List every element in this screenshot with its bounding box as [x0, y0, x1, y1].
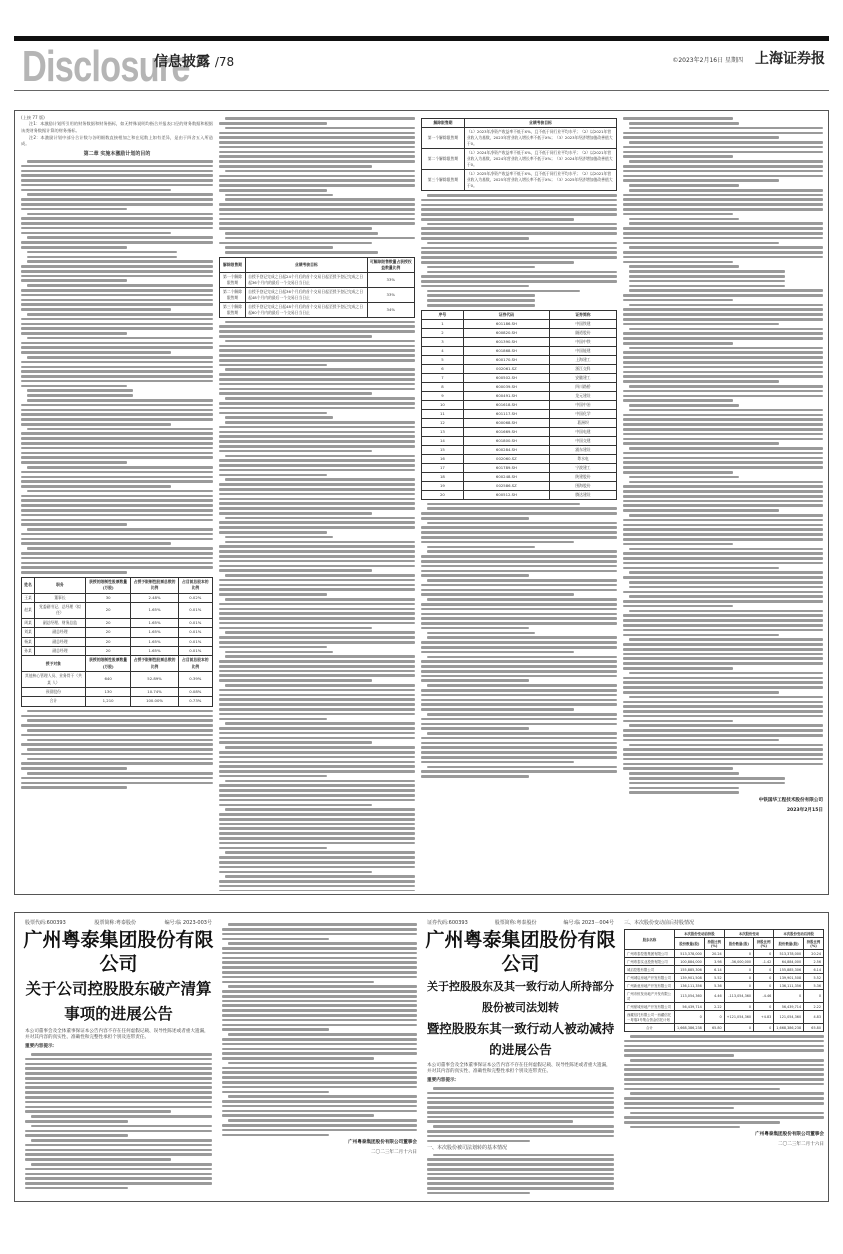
cell: 安徽建工 [549, 373, 616, 382]
cell: 0 [724, 1003, 753, 1011]
signature-date: 二〇二三年二月十六日 [222, 1149, 417, 1156]
section-heading: 一、本次股份被司法划转的基本情况 [423, 1144, 618, 1151]
announcement-meta: 股票代码:600393 股票简称:粤泰股份 编号:临 2023-003号 [25, 919, 212, 926]
table-row: 11601117.SH中国化学 [422, 409, 617, 418]
table-row: 12600068.SH葛洲坝 [422, 418, 617, 427]
table-header: 股份数量(股) [774, 938, 804, 950]
cell: 601789.SH [463, 463, 549, 472]
table-header: 解除限售期 [422, 119, 465, 128]
cell: 4.83 [804, 1011, 824, 1024]
cell: 王某 [22, 593, 35, 602]
table-group-header: 本次股份变动后持股 [774, 930, 824, 938]
table-header: 持股比例(%) [704, 938, 724, 950]
table-row: 广州粤泰控股集团有限公司513,378,00020.2400513,378,00… [625, 950, 824, 958]
cell: 广州豪城房地产开发有限公司 [625, 1003, 675, 1011]
cell: -1.42 [754, 958, 774, 966]
announcement-meta: 证券代码:600393 股票简称:粤泰股份 编号:临 2023－004号 [427, 919, 614, 926]
cell: 赵某 [22, 602, 35, 618]
body-text-block [421, 194, 617, 307]
cell: 20 [85, 628, 131, 637]
cell: 5 [422, 355, 464, 364]
table-header: 占授予限制性股票总数的比例 [131, 577, 178, 593]
body-text-block [421, 503, 617, 778]
cell: 第三个解除限售期 [220, 302, 246, 317]
table-header: 股份数量(股) [724, 938, 753, 950]
cell: 3 [422, 337, 464, 346]
cell: 100,884,000 [675, 958, 705, 966]
table-row: 第二个解除限售期（1）2024年净资产收益率不低于X%，且不低于同行业平均水平；… [422, 149, 617, 170]
cell: 56,439,714 [675, 1003, 705, 1011]
table-row: 广州豪城房地产开发有限公司56,439,7142.220056,439,7142… [625, 1003, 824, 1011]
cell: 5.36 [704, 982, 724, 990]
stock-abbr: 股票简称:粤泰股份 [94, 919, 136, 926]
cell: 601800.SH [463, 436, 549, 445]
cell: 中国中冶 [549, 400, 616, 409]
table-row: 17601789.SH宁波建工 [422, 463, 617, 472]
cell: 139,901,508 [774, 974, 804, 982]
cell: 0 [754, 966, 774, 974]
cell: 513,378,000 [774, 950, 804, 958]
cell: 广州粤泰实业投资有限公司 [625, 958, 675, 966]
cell: 18 [422, 472, 464, 481]
cell: 600248.SH [463, 472, 549, 481]
table-header: 占目前总股本的比例 [178, 577, 212, 593]
cell: 腾达建设 [549, 490, 616, 499]
cell: 0 [724, 974, 753, 982]
cell: 第一个解除限售期 [220, 272, 246, 287]
cell: 孙某 [22, 646, 35, 655]
cell: 0.01% [178, 602, 212, 618]
cell: 30 [85, 593, 131, 602]
shareholding-change-table: 股东名称 本次股份变动前持股 本次股份变动 本次股份变动后持股 股份数量(股) … [624, 929, 824, 1032]
cell: 5.36 [804, 982, 824, 990]
table-row: 第二个解除限售期自授予登记完成之日起36个月后的首个交易日起至授予登记完成之日起… [220, 287, 415, 302]
important-label: 重要内容提示： [427, 1078, 614, 1084]
cell: 4 [422, 346, 464, 355]
cell: 2.56 [804, 958, 824, 966]
cell: 600820.SH [463, 328, 549, 337]
cell: 17 [422, 463, 464, 472]
cell: 15 [422, 445, 464, 454]
cell: -113,054,360 [724, 990, 753, 1003]
cell: （1）2024年净资产收益率不低于X%，且不低于同行业平均水平；（2）以2021… [464, 149, 616, 170]
cell: 002061.SZ [463, 364, 549, 373]
cell: 0.01% [178, 628, 212, 637]
cell: -36,000,000 [724, 958, 753, 966]
cell: 其他核心管理人员、业务骨干（共 某 人） [22, 672, 86, 688]
table-row: 14601800.SH中国交建 [422, 436, 617, 445]
cell: 100.00% [131, 697, 178, 706]
cell: 中国交建 [549, 436, 616, 445]
cell: 601618.SH [463, 400, 549, 409]
cell: 1,668,386,238 [675, 1024, 705, 1032]
table-header: 姓名 [22, 577, 35, 593]
announcement-right-col-a: 证券代码:600393 股票简称:粤泰股份 编号:临 2023－004号 广州粤… [423, 913, 618, 1201]
cell: 第一个解除限售期 [422, 128, 465, 149]
stock-code: 股票代码:600393 [25, 919, 66, 926]
cell: 20 [85, 637, 131, 646]
body-text-block [219, 117, 415, 253]
cell: 广州市恒发房地产开发有限公司 [625, 990, 675, 1003]
company-name: 广州粤泰集团股份有限公司 [21, 928, 216, 976]
table-row: 王某董事长302.48%0.02% [22, 593, 213, 602]
peer-companies-table: 序号 证券代码 证券简称 1601186.SH中国铁建 2600820.SH隧道… [421, 310, 617, 500]
cell: 周某 [22, 618, 35, 627]
cell: 0 [675, 1011, 705, 1024]
table-row: 合计1,210100.00%0.73% [22, 697, 213, 706]
board-statement: 本公司董事会及全体董事保证本公告内容不存在任何虚假记载、误导性陈述或者重大遗漏，… [25, 1029, 212, 1041]
cell: 0 [754, 1024, 774, 1032]
cell: 0.01% [178, 618, 212, 627]
cell: 601117.SH [463, 409, 549, 418]
table-row: 1601186.SH中国铁建 [422, 319, 617, 328]
cell: 0 [754, 974, 774, 982]
chapter-heading: 第二章 实施本激励计划的目的 [21, 151, 213, 157]
cell: 0.39% [178, 672, 212, 688]
cell: 中国电建 [549, 427, 616, 436]
cell: 中国铁建 [549, 319, 616, 328]
cell: 2.22 [804, 1003, 824, 1011]
bottom-announcements: 股票代码:600393 股票简称:粤泰股份 编号:临 2023-003号 广州粤… [14, 912, 829, 1202]
table-row: 7600502.SH安徽建工 [422, 373, 617, 382]
cell: 0.01% [178, 646, 212, 655]
cell: 3.98 [704, 958, 724, 966]
cell: 0 [724, 950, 753, 958]
cell: 10 [422, 400, 464, 409]
cell: 副总经理 [35, 628, 86, 637]
body-text-block [423, 1087, 618, 1142]
cell: 34% [367, 302, 414, 317]
cell: 中国中铁 [549, 337, 616, 346]
cell: 2.48% [131, 593, 178, 602]
cell: 52.89% [131, 672, 178, 688]
grant-allocation-table: 姓名 职务 获授的限制性股票数量(万股) 占授予限制性股票总数的比例 占目前总股… [21, 577, 213, 707]
table-row: 9600491.SH龙元建设 [422, 391, 617, 400]
cell: 0.73% [178, 697, 212, 706]
cell: 上海建工 [549, 355, 616, 364]
table-header: 获授的限制性股票数量(万股) [85, 656, 131, 672]
signature-company: 中铁国华工程技术股份有限公司 [623, 797, 823, 804]
cell: 广州粤泰控股集团有限公司 [625, 950, 675, 958]
cell: 0.01% [178, 637, 212, 646]
table-row: 杨某副总经理201.65%0.01% [22, 637, 213, 646]
cell: 4.46 [704, 990, 724, 1003]
cell: 董事长 [35, 593, 86, 602]
table-header: 业绩考核目标 [246, 257, 368, 272]
cell: 16 [422, 454, 464, 463]
table-row: 2600820.SH隧道股份 [422, 328, 617, 337]
cell: +121,054,360 [724, 1011, 753, 1024]
table-row: 第一个解除限售期自授予登记完成之日起24个月后的首个交易日起至授予登记完成之日起… [220, 272, 415, 287]
table-header: 授予对象 [22, 656, 86, 672]
cell: 1,210 [85, 697, 131, 706]
top-column-3: 解除限售期 业绩考核目标 第一个解除限售期（1）2023年净资产收益率不低于X%… [421, 111, 617, 891]
cell: 龙元建设 [549, 391, 616, 400]
announcement-right-col-b: 三、本次股份变动前后持股情况 股东名称 本次股份变动前持股 本次股份变动 本次股… [624, 913, 824, 1201]
page-number: /78 [215, 55, 234, 69]
table-row: 广州市恒发房地产开发有限公司113,054,3604.46-113,054,36… [625, 990, 824, 1003]
cell: 600170.SH [463, 355, 549, 364]
cell: 20 [85, 618, 131, 627]
cell: 1.65% [131, 628, 178, 637]
cell: 1 [422, 319, 464, 328]
cell: 1,668,386,238 [774, 1024, 804, 1032]
cell: 6.14 [704, 966, 724, 974]
cell: 杨某 [22, 637, 35, 646]
cell: 中国化学 [549, 409, 616, 418]
table-row: 10601618.SH中国中冶 [422, 400, 617, 409]
cell: 601186.SH [463, 319, 549, 328]
cell: 自授予登记完成之日起48个月后的首个交易日起至授予登记完成之日起60个月内的最后… [246, 302, 368, 317]
body-text-block [21, 710, 213, 789]
cell: 第二个解除限售期 [220, 287, 246, 302]
table-caption: 三、本次股份变动前后持股情况 [624, 919, 824, 926]
board-statement: 本公司董事会及全体董事保证本公告内容不存在任何虚假记载、误导性陈述或者重大遗漏，… [427, 1063, 614, 1075]
cell: 139,901,508 [675, 974, 705, 982]
cell: 8 [422, 382, 464, 391]
table-header: 解除限售期 [220, 257, 246, 272]
cell: 65.80 [804, 1024, 824, 1032]
notice-number: 编号:临 2023-003号 [165, 919, 212, 926]
signature-date: 二〇二三年二月十六日 [624, 1141, 824, 1148]
cell: 20 [85, 646, 131, 655]
table-row: 6002061.SZ浙江交科 [422, 364, 617, 373]
cell: 136,111,356 [774, 982, 804, 990]
table-row: 孙某副总经理201.65%0.01% [22, 646, 213, 655]
cell: 5.52 [804, 974, 824, 982]
cell: 刘某 [22, 628, 35, 637]
cell: 6.14 [804, 966, 824, 974]
top-column-4: 中铁国华工程技术股份有限公司 2023年2月15日 [623, 111, 823, 891]
table-row: 8600039.SH四川路桥 [422, 382, 617, 391]
cell: 11 [422, 409, 464, 418]
cell: 33% [367, 272, 414, 287]
table-header: 证券代码 [463, 310, 549, 319]
cell: 20.24 [704, 950, 724, 958]
signature-board: 广州粤泰集团股份有限公司董事会 [624, 1131, 824, 1138]
cell: 中国能建 [549, 346, 616, 355]
table-row: 第三个解除限售期（1）2025年净资产收益率不低于X%，且不低于同行业平均水平；… [422, 170, 617, 191]
cell: 513,378,000 [675, 950, 705, 958]
table-row: 4601868.SH中国能建 [422, 346, 617, 355]
cell: 20.24 [804, 950, 824, 958]
top-announcement: (上接 77 版) 注1：本激励计划所引用的财务数据和财务指标，如无特殊说明均指… [14, 110, 829, 895]
cell: 党委副书记、总经理（拟任） [35, 602, 86, 618]
cell: 14 [422, 436, 464, 445]
cell: 预留股份 [22, 688, 86, 697]
table-row: 15600284.SH浦东建设 [422, 445, 617, 454]
table-row: 赵某党委副书记、总经理（拟任）201.65%0.01% [22, 602, 213, 618]
cell: 2 [422, 328, 464, 337]
cell: 640 [85, 672, 131, 688]
cell: 副总经理 [35, 646, 86, 655]
cell: 64,884,000 [774, 958, 804, 966]
table-row: 19002586.SZ围海股份 [422, 481, 617, 490]
important-label: 重要内容提示： [25, 1044, 212, 1050]
cell: 601390.SH [463, 337, 549, 346]
cell: （1）2025年净资产收益率不低于X%，且不低于同行业平均水平；（2）以2021… [464, 170, 616, 191]
cell: -4.46 [754, 990, 774, 1003]
body-text-block [623, 117, 823, 794]
cell: 葛洲坝 [549, 418, 616, 427]
cell: 002586.SZ [463, 481, 549, 490]
cell: 0.02% [178, 593, 212, 602]
masthead-rule [14, 90, 829, 91]
cell: 20 [422, 490, 464, 499]
table-row: 3601390.SH中国中铁 [422, 337, 617, 346]
company-name: 广州粤泰集团股份有限公司 [423, 928, 618, 976]
cell: 围海股份 [549, 481, 616, 490]
announcement-left-col-a: 股票代码:600393 股票简称:粤泰股份 编号:临 2023-003号 广州粤… [21, 913, 216, 1201]
table-row: 西藏信托有限公司－西藏信托－粤瑞3号集合资金信托计划00+121,054,360… [625, 1011, 824, 1024]
top-column-1: (上接 77 版) 注1：本激励计划所引用的财务数据和财务指标，如无特殊说明均指… [21, 111, 213, 891]
table-header: 股份数量(股) [675, 938, 705, 950]
table-header: 序号 [422, 310, 464, 319]
note-1: 注1：本激励计划所引用的财务数据和财务指标，如无特殊说明均指合并报表口径的财务数… [21, 121, 213, 134]
cell: 601868.SH [463, 346, 549, 355]
cell: 113,054,360 [675, 990, 705, 1003]
cell: 9 [422, 391, 464, 400]
table-header: 占目前总股本的比例 [178, 656, 212, 672]
cell: 1.65% [131, 637, 178, 646]
cell: 20 [85, 602, 131, 618]
cell: 1.65% [131, 618, 178, 627]
newspaper-logo: 上海证券报 [755, 48, 825, 68]
cell: 0.08% [178, 688, 212, 697]
cell: 601669.SH [463, 427, 549, 436]
cell: 7 [422, 373, 464, 382]
cell: 1.65% [131, 602, 178, 618]
table-row: 13601669.SH中国电建 [422, 427, 617, 436]
table-row: 第一个解除限售期（1）2023年净资产收益率不低于X%，且不低于同行业平均水平；… [422, 128, 617, 149]
table-row: 广州新意房地产开发有限公司136,111,3565.3600136,111,35… [625, 982, 824, 990]
cell: 121,054,360 [774, 1011, 804, 1024]
body-text-block [21, 1053, 216, 1189]
cell: 600284.SH [463, 445, 549, 454]
cell: 600068.SH [463, 418, 549, 427]
top-column-2: 解除限售期 业绩考核目标 可解除限售数量占获授权益数量比例 第一个解除限售期自授… [219, 111, 415, 891]
table-row: 广州粤泰实业投资有限公司100,884,0003.98-36,000,000-1… [625, 958, 824, 966]
cell: 0 [724, 1024, 753, 1032]
cell: 0 [754, 982, 774, 990]
announcement-title-line1: 关于控股股东及其一致行动人所持部分股份被司法划转 [423, 976, 618, 1018]
table-header: 占授予限制性股票总数的比例 [131, 656, 178, 672]
stock-abbr: 股票简称:粤泰股份 [495, 919, 537, 926]
notice-number: 编号:临 2023－004号 [563, 919, 614, 926]
cell: 12 [422, 418, 464, 427]
table-row: 合计1,668,386,23865.80001,668,386,23865.80 [625, 1024, 824, 1032]
cell: 65.80 [704, 1024, 724, 1032]
cell: 56,439,714 [774, 1003, 804, 1011]
cell: 副总经理、财务总监 [35, 618, 86, 627]
table-row: 预留股份13010.74%0.08% [22, 688, 213, 697]
cell: 0 [754, 950, 774, 958]
cell: 002060.SZ [463, 454, 549, 463]
cell: 19 [422, 481, 464, 490]
note-2: 注2：本激励计划中部分合计数与各明细数直接相加之和在尾数上如有差异，是由于四舍五… [21, 135, 213, 148]
cell: 2.22 [704, 1003, 724, 1011]
table-row: 5600170.SH上海建工 [422, 355, 617, 364]
announcement-title-line2: 暨控股股东其一致行动人被动减持的进展公告 [423, 1018, 618, 1060]
table-row: 广州城启房地产开发有限公司139,901,5085.5200139,901,50… [625, 974, 824, 982]
signature-board: 广州粤泰集团股份有限公司董事会 [222, 1139, 417, 1146]
table-header: 持股比例(%) [804, 938, 824, 950]
cell: 0 [724, 966, 753, 974]
cell: 广州新意房地产开发有限公司 [625, 982, 675, 990]
cell: 0 [804, 990, 824, 1003]
table-header: 职务 [35, 577, 86, 593]
table-row: 城启控股有限公司155,885,3066.1400155,885,3066.14 [625, 966, 824, 974]
cell: 第二个解除限售期 [422, 149, 465, 170]
table-header: 股东名称 [625, 930, 675, 950]
cell: 5.52 [704, 974, 724, 982]
cell: 浙江交科 [549, 364, 616, 373]
cell: 四川路桥 [549, 382, 616, 391]
cell: 自授予登记完成之日起36个月后的首个交易日起至授予登记完成之日起48个月内的最后… [246, 287, 368, 302]
cell: 155,885,306 [774, 966, 804, 974]
issue-date: ©2023年2月16日 星期四 [672, 55, 743, 64]
cell: 广州城启房地产开发有限公司 [625, 974, 675, 982]
cell: 合计 [625, 1024, 675, 1032]
cell: 隧道股份 [549, 328, 616, 337]
cell: 粤水电 [549, 454, 616, 463]
cell: 0 [754, 1003, 774, 1011]
table-header: 获授的限制性股票数量(万股) [85, 577, 131, 593]
performance-target-table: 解除限售期 业绩考核目标 第一个解除限售期（1）2023年净资产收益率不低于X%… [421, 118, 617, 191]
stock-code: 证券代码:600393 [427, 919, 468, 926]
body-text-block [219, 321, 415, 891]
section-title: 信息披露 [154, 54, 210, 70]
table-row: 其他核心管理人员、业务骨干（共 某 人）64052.89%0.39% [22, 672, 213, 688]
cell: 自授予登记完成之日起24个月后的首个交易日起至授予登记完成之日起36个月内的最后… [246, 272, 368, 287]
cell: 13 [422, 427, 464, 436]
cell: 600039.SH [463, 382, 549, 391]
body-text-block [222, 923, 417, 1136]
announcement-left-col-b: 广州粤泰集团股份有限公司董事会 二〇二三年二月十六日 [222, 913, 417, 1201]
table-header: 证券简称 [549, 310, 616, 319]
cell: 600502.SH [463, 373, 549, 382]
cell: 陕建股份 [549, 472, 616, 481]
table-header: 可解除限售数量占获授权益数量比例 [367, 257, 414, 272]
announcement-title: 关于公司控股股东破产清算事项的进展公告 [21, 976, 216, 1026]
unlock-schedule-table: 解除限售期 业绩考核目标 可解除限售数量占获授权益数量比例 第一个解除限售期自授… [219, 257, 415, 318]
cell: 130 [85, 688, 131, 697]
cell: （1）2023年净资产收益率不低于X%，且不低于同行业平均水平；（2）以2021… [464, 128, 616, 149]
table-group-header: 本次股份变动 [724, 930, 774, 938]
table-group-header: 本次股份变动前持股 [675, 930, 725, 938]
cell: 6 [422, 364, 464, 373]
cell: 600512.SH [463, 490, 549, 499]
cell: 136,111,356 [675, 982, 705, 990]
cell: 1.65% [131, 646, 178, 655]
cell: 0 [704, 1011, 724, 1024]
cell: 33% [367, 287, 414, 302]
table-row: 第三个解除限售期自授予登记完成之日起48个月后的首个交易日起至授予登记完成之日起… [220, 302, 415, 317]
table-header: 业绩考核目标 [464, 119, 616, 128]
cell: 城启控股有限公司 [625, 966, 675, 974]
cell: 宁波建工 [549, 463, 616, 472]
cell: 155,885,306 [675, 966, 705, 974]
cell: 第三个解除限售期 [422, 170, 465, 191]
masthead-top-bar [14, 36, 829, 41]
cell: 10.74% [131, 688, 178, 697]
body-text-block [423, 1154, 618, 1195]
cell: 600491.SH [463, 391, 549, 400]
masthead: Disclosure 信息披露 /78 ©2023年2月16日 星期四 上海证券… [14, 44, 829, 86]
table-row: 刘某副总经理201.65%0.01% [22, 628, 213, 637]
cell: 0 [774, 990, 804, 1003]
table-row: 18600248.SH陕建股份 [422, 472, 617, 481]
